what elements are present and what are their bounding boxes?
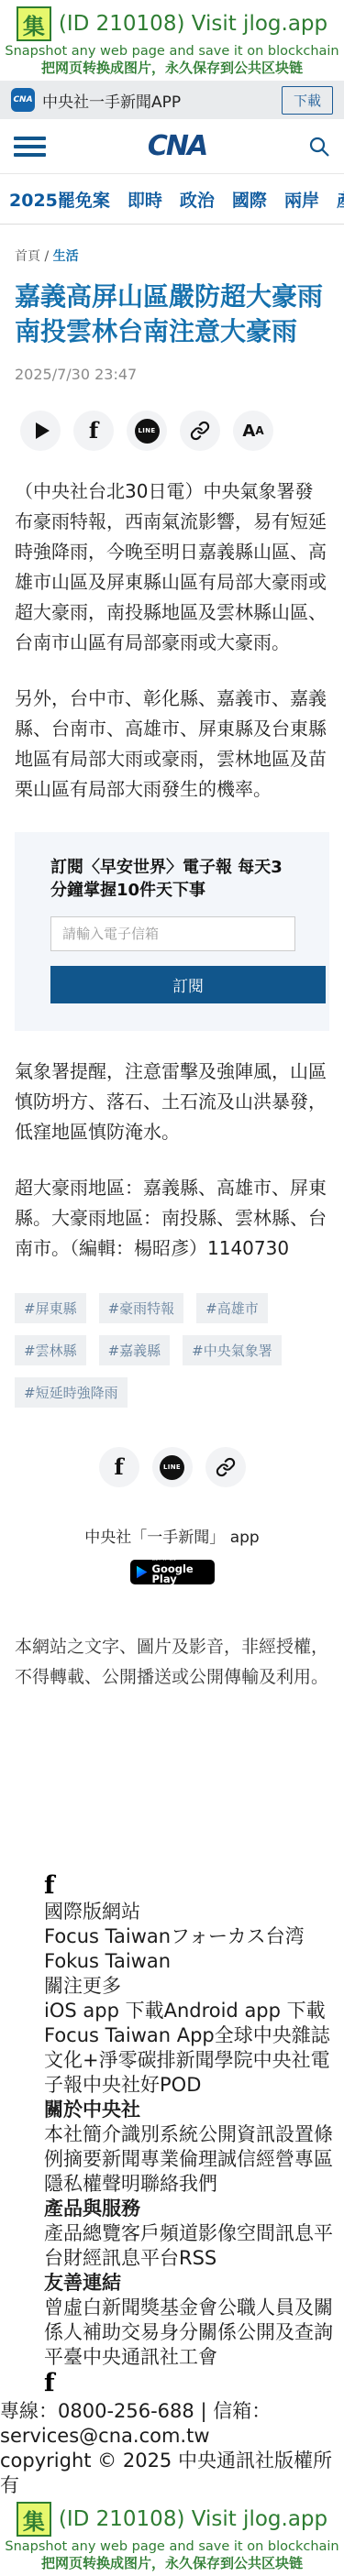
footer-section-about-title: 關於中央社 (44, 2098, 344, 2122)
jlog-banner-bottom: 集 (ID 210108) Visit jlog.app Snapshot an… (0, 2498, 344, 2576)
site-copyright: copyright © 2025 中央通訊社版權所有 (0, 2449, 344, 2498)
app-bar-title: 中央社一手新聞APP (42, 89, 274, 112)
article-title: 嘉義高屏山區嚴防超大豪雨 南投雲林台南注意大豪雨 (15, 280, 329, 349)
jlog-link[interactable]: (ID 210108) Visit jlog.app (59, 2507, 327, 2531)
footer-section-intl-title: 國際版網站 (44, 1900, 344, 1924)
spacer (0, 1693, 344, 1872)
jlog-subtitle-zh: 把网页转换成图片，永久保存到公共区块链 (0, 60, 344, 81)
facebook-share-button[interactable]: f (99, 1447, 139, 1487)
cna-app-icon: CNA (11, 88, 35, 112)
footer-section-follow-title: 關注更多 (44, 1974, 344, 1999)
tag-rain-alert[interactable]: #豪雨特報 (99, 1293, 184, 1323)
breadcrumb-home[interactable]: 首頁 (15, 249, 40, 264)
app-promo-text: 中央社「一手新聞」 app (0, 1524, 344, 1547)
jlog-badge-icon: 集 (17, 2502, 51, 2537)
cna-logo[interactable]: CNA (148, 130, 206, 162)
copy-link-button[interactable] (205, 1447, 246, 1487)
nav-item-cross-strait[interactable]: 兩岸 (284, 187, 319, 212)
nav-item-politics[interactable]: 政治 (180, 187, 215, 212)
nav-item-world[interactable]: 國際 (232, 187, 267, 212)
font-size-button[interactable]: AA (233, 411, 273, 451)
copy-link-button[interactable] (180, 411, 220, 451)
tag-heavy-rain[interactable]: #短延時強降雨 (15, 1377, 128, 1408)
footer-section-friendly-links[interactable]: 曾虛白新聞獎基金會公職人員及關係人補助交易身分關係公開及查詢平臺中央通訊社工會 (44, 2296, 344, 2370)
footer-section-products-title: 產品與服務 (44, 2197, 344, 2221)
jlog-subtitle-en: Snapshot any web page and save it on blo… (0, 2538, 344, 2555)
main-nav: 2025罷免案 即時 政治 國際 兩岸 產經 (0, 174, 344, 225)
footer-section-intl-links[interactable]: Focus Taiwanフォーカス台湾Fokus Taiwan (44, 1924, 344, 1974)
breadcrumb-current[interactable]: 生活 (53, 249, 79, 264)
article-date: 2025/7/30 23:47 (15, 366, 329, 383)
link-icon (190, 421, 210, 441)
nav-item-business[interactable]: 產經 (337, 187, 344, 212)
footer-contact: 專線：0800-256-688 | 信箱：services@cna.com.tw… (0, 2399, 344, 2498)
line-icon: LINE (135, 419, 160, 444)
jlog-subtitle-en: Snapshot any web page and save it on blo… (0, 43, 344, 60)
footer-section-products-links[interactable]: 產品總覽客戶頻道影像空間訊息平台財經訊息平台RSS (44, 2221, 344, 2271)
facebook-icon[interactable]: f (44, 1872, 344, 1900)
subscribe-title: 訂閱〈早安世界〉電子報 每天3分鐘掌握10件天下事 (50, 856, 324, 902)
contact-line[interactable]: 專線：0800-256-688 | 信箱：services@cna.com.tw (0, 2399, 344, 2449)
jlog-badge-icon: 集 (17, 6, 51, 41)
footer-section-friendly-title: 友善連結 (44, 2271, 344, 2296)
tag-list: #屏東縣 #豪雨特報 #高雄市 #雲林縣 #嘉義縣 #中央氣象署 #短延時強降雨 (15, 1293, 329, 1420)
line-icon: LINE (160, 1455, 184, 1480)
article-paragraph: 超大豪雨地區：嘉義縣、高雄市、屏東縣。大豪雨地區：南投縣、雲林縣、台南市。（編輯… (15, 1173, 329, 1264)
facebook-icon[interactable]: f (44, 2370, 344, 2397)
email-input[interactable] (50, 916, 295, 951)
line-share-button[interactable]: LINE (152, 1447, 193, 1487)
tag-kaohsiung[interactable]: #高雄市 (196, 1293, 268, 1323)
facebook-share-button[interactable]: f (73, 411, 114, 451)
breadcrumb-separator: / (44, 249, 49, 264)
tag-chiayi[interactable]: #嘉義縣 (99, 1335, 171, 1365)
font-size-icon: A (242, 422, 255, 441)
subscribe-button[interactable]: 訂閱 (50, 966, 326, 1003)
nav-item-recall[interactable]: 2025罷免案 (9, 187, 110, 212)
jlog-subtitle-zh: 把网页转换成图片，永久保存到公共区块链 (0, 2555, 344, 2576)
share-toolbar: f LINE AA (20, 411, 344, 451)
link-icon (216, 1457, 236, 1477)
share-toolbar-bottom: f LINE (0, 1447, 344, 1487)
tag-yunlin[interactable]: #雲林縣 (15, 1335, 86, 1365)
breadcrumb: 首頁 / 生活 (15, 247, 329, 265)
play-icon (36, 422, 50, 439)
footer-section-follow-links[interactable]: iOS app 下載Android app 下載Focus Taiwan App… (44, 1999, 344, 2098)
google-play-icon (137, 1566, 148, 1579)
google-play-label: Google Play (152, 1564, 208, 1585)
site-header: CNA (0, 119, 344, 174)
copyright-notice: 本網站之文字、圖片及影音，非經授權，不得轉載、公開播送或公開傳輸及利用。 (15, 1632, 329, 1693)
facebook-icon: f (114, 1456, 123, 1478)
newsletter-subscribe-box: 訂閱〈早安世界〉電子報 每天3分鐘掌握10件天下事 訂閱 (15, 832, 329, 1031)
hamburger-menu-icon[interactable] (14, 137, 46, 157)
footer-section-about-links[interactable]: 本社簡介識別系統公開資訊設置條例摘要新聞專業倫理誠信經營專區隱私權聲明聯絡我們 (44, 2122, 344, 2197)
jlog-banner-top: 集 (ID 210108) Visit jlog.app Snapshot an… (0, 0, 344, 81)
article-paragraph: （中央社台北30日電）中央氣象署發布豪雨特報，西南氣流影響，易有短延時強降雨，今… (15, 477, 329, 658)
play-audio-button[interactable] (20, 411, 61, 451)
tag-pingtung[interactable]: #屏東縣 (15, 1293, 86, 1323)
tag-cwa[interactable]: #中央氣象署 (183, 1335, 282, 1365)
app-download-bar: CNA 中央社一手新聞APP 下載 (0, 81, 344, 119)
facebook-icon: f (89, 420, 98, 442)
footer: f 國際版網站 Focus Taiwanフォーカス台湾Fokus Taiwan … (0, 1872, 344, 2397)
line-share-button[interactable]: LINE (127, 411, 167, 451)
google-play-badge[interactable]: GET IT ON Google Play (130, 1560, 215, 1584)
article-paragraph: 另外，台中市、彰化縣、嘉義市、嘉義縣、台南市、高雄市、屏東縣及台東縣地區有局部大… (15, 684, 329, 805)
search-icon[interactable] (308, 136, 330, 158)
jlog-link[interactable]: (ID 210108) Visit jlog.app (59, 12, 327, 36)
app-download-button[interactable]: 下載 (282, 86, 333, 115)
article-paragraph: 氣象署提醒，注意雷擊及強陣風，山區慎防坍方、落石、土石流及山洪暴發，低窪地區慎防… (15, 1057, 329, 1147)
nav-item-latest[interactable]: 即時 (128, 187, 162, 212)
